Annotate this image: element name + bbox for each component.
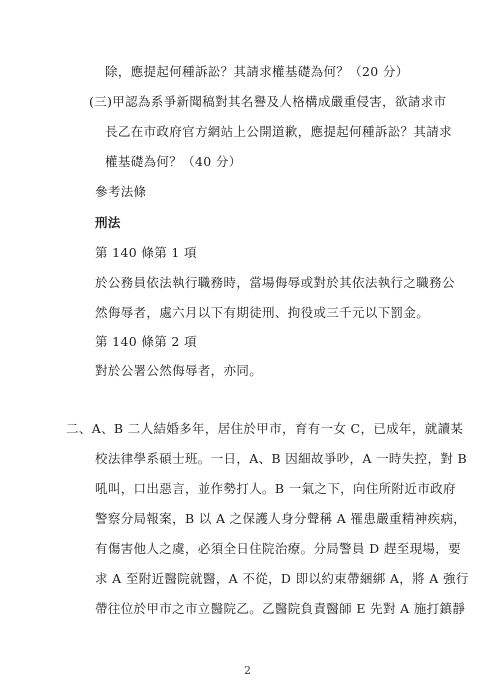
sub-question-2-continuation-line: 除，應提起何種訴訟？其請求權基礎為何？（20 分） <box>105 64 409 79</box>
question-2-first-line: 二、A、B 二人結婚多年，居住於甲市，育有一女 C，已成年，就讀某 <box>66 421 463 436</box>
statute-body-line: 然侮辱者，處六月以下有期徒刑、拘役或三千元以下罰金。 <box>95 305 429 320</box>
question-2-body-line: 警察分局報案，B 以 A 之保護人身分聲稱 A 罹患嚴重精神疾病， <box>95 511 466 526</box>
reference-statutes-heading: 參考法條 <box>95 184 146 199</box>
question-2-body-line: 有傷害他人之虞，必須全日住院治療。分局警員 D 趕至現場，要 <box>95 541 461 556</box>
exam-document-page: 除，應提起何種訴訟？其請求權基礎為何？（20 分） (三)甲認為系爭新聞稿對其名… <box>0 0 495 700</box>
question-2-body-line: 吼叫，口出惡言，並作勢打人。B 一氣之下，向住所附近市政府 <box>95 481 456 496</box>
statute-body-line: 於公務員依法執行職務時，當場侮辱或對於其依法執行之職務公 <box>95 275 455 290</box>
criminal-code-title: 刑法 <box>95 215 121 230</box>
page-number: 2 <box>0 664 495 677</box>
sub-question-3-label-line: (三)甲認為系爭新聞稿對其名譽及人格構成嚴重侵害，欲請求市 <box>89 94 446 109</box>
question-2-body-line: 帶往位於甲市之市立醫院乙。乙醫院負責醫師 E 先對 A 施打鎮靜 <box>95 601 465 616</box>
question-2-body-line: 求 A 至附近醫院就醫，A 不從，D 即以約束帶綑綁 A，將 A 強行 <box>95 571 469 586</box>
sub-question-3-continuation-line: 長乙在市政府官方網站上公開道歉，應提起何種訴訟？其請求 <box>105 124 452 139</box>
statute-article-140-1: 第 140 條第 1 項 <box>95 245 197 260</box>
statute-article-140-2: 第 140 條第 2 項 <box>95 334 197 349</box>
statute-body-line: 對於公署公然侮辱者，亦同。 <box>95 363 262 378</box>
sub-question-3-continuation-line: 權基礎為何？（40 分） <box>105 154 242 169</box>
question-2-body-line: 校法律學系碩士班。一日，A、B 因細故爭吵，A 一時失控，對 B <box>95 451 467 466</box>
